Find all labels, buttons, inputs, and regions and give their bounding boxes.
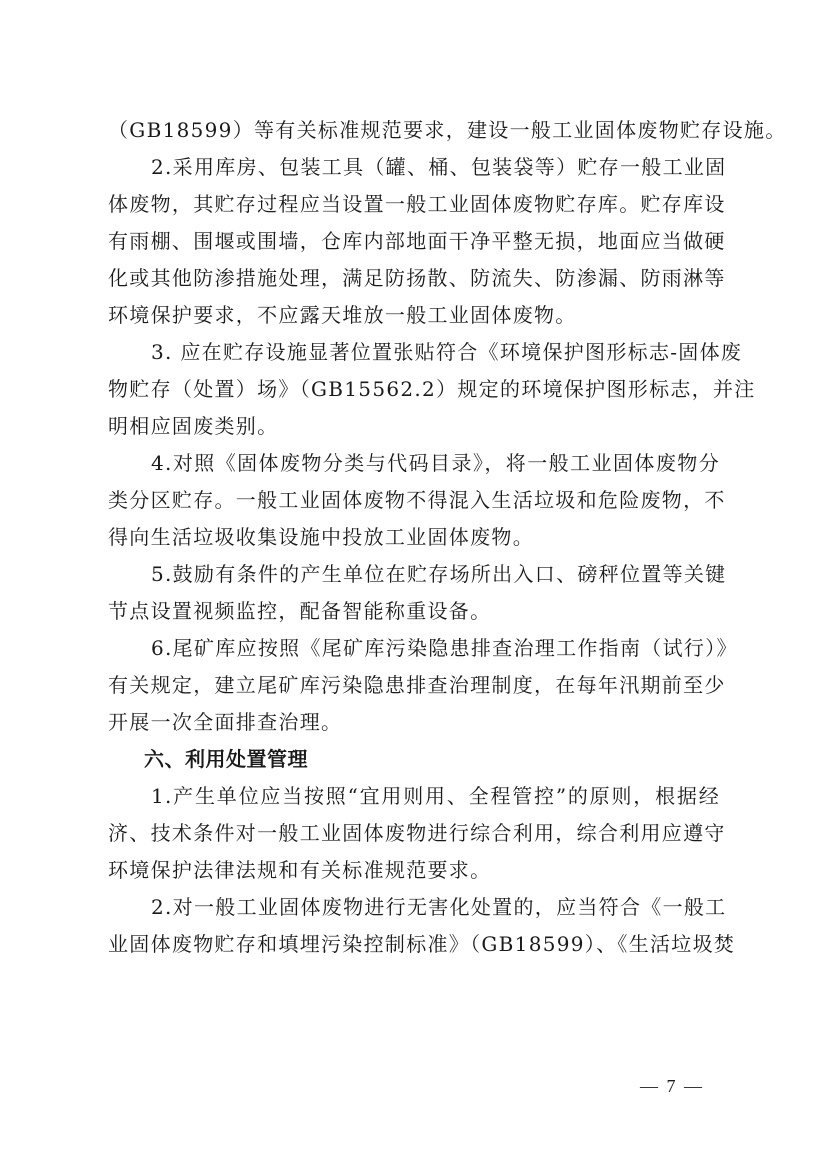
paragraph-line: 2.采用库房、包装工具（罐、桶、包装袋等）贮存一般工业固 xyxy=(108,149,720,186)
paragraph-line: 6.尾矿库应按照《尾矿库污染隐患排查治理工作指南（试行）》 xyxy=(108,630,720,667)
text-line: 济、技术条件对一般工业固体废物进行综合利用，综合利用应遵守 xyxy=(108,815,720,852)
page-number: — 7 — xyxy=(640,1076,704,1097)
text-line: 环境保护法律法规和有关标准规范要求。 xyxy=(108,852,720,889)
text-line: 业固体废物贮存和填埋污染控制标准》（GB18599）、《生活垃圾焚 xyxy=(108,926,720,963)
text-line: 体废物，其贮存过程应当设置一般工业固体废物贮存库。贮存库设 xyxy=(108,186,720,223)
paragraph-line: 4.对照《固体废物分类与代码目录》，将一般工业固体废物分 xyxy=(108,445,720,482)
section-heading: 六、利用处置管理 xyxy=(108,741,720,778)
text-line: 有关规定，建立尾矿库污染隐患排查治理制度，在每年汛期前至少 xyxy=(108,667,720,704)
text-line: 节点设置视频监控，配备智能称重设备。 xyxy=(108,593,720,630)
text-line: 得向生活垃圾收集设施中投放工业固体废物。 xyxy=(108,519,720,556)
text-line: 化或其他防渗措施处理，满足防扬散、防流失、防渗漏、防雨淋等 xyxy=(108,260,720,297)
document-page: （GB18599）等有关标准规范要求，建设一般工业固体废物贮存设施。 2.采用库… xyxy=(108,112,720,963)
text-line: 明相应固废类别。 xyxy=(108,408,720,445)
paragraph-line: 1.产生单位应当按照“宜用则用、全程管控”的原则，根据经 xyxy=(108,778,720,815)
paragraph-line: 2.对一般工业固体废物进行无害化处置的，应当符合《一般工 xyxy=(108,889,720,926)
paragraph-line: 3. 应在贮存设施显著位置张贴符合《环境保护图形标志-固体废 xyxy=(108,334,720,371)
text-line: 类分区贮存。一般工业固体废物不得混入生活垃圾和危险废物，不 xyxy=(108,482,720,519)
text-line: （GB18599）等有关标准规范要求，建设一般工业固体废物贮存设施。 xyxy=(108,112,720,149)
paragraph-line: 5.鼓励有条件的产生单位在贮存场所出入口、磅秤位置等关键 xyxy=(108,556,720,593)
text-line: 环境保护要求，不应露天堆放一般工业固体废物。 xyxy=(108,297,720,334)
text-line: 物贮存（处置）场》（GB15562.2）规定的环境保护图形标志，并注 xyxy=(108,371,720,408)
text-line: 开展一次全面排查治理。 xyxy=(108,704,720,741)
text-line: 有雨棚、围堰或围墙，仓库内部地面干净平整无损，地面应当做硬 xyxy=(108,223,720,260)
